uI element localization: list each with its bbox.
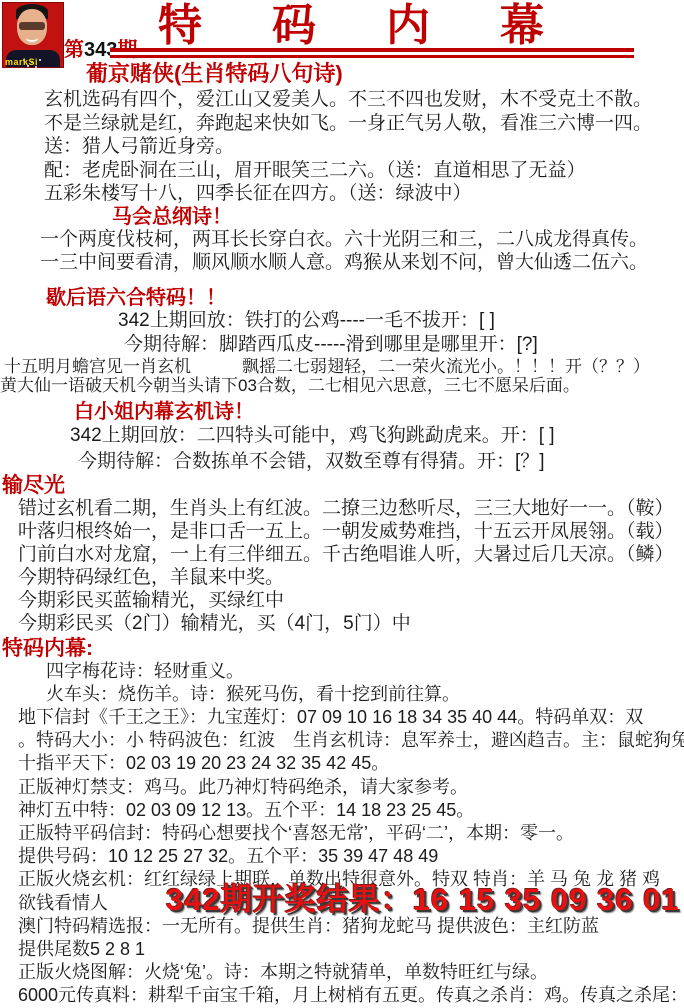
riddle-line: 黄大仙一语破天机今朝当头请下03合数，二七相见六思意，三七不愿呆后面。 <box>0 376 684 395</box>
riddle-line: 十五明月蟾宫见一肖玄机 飘摇二七弱翅轻，二一荣火流光小。！！！开（？？） <box>0 357 684 376</box>
riddle-line: 今期待解：脚踏西瓜皮-----滑到哪里是哪里开：[?] <box>0 333 684 357</box>
tip-line: 地下信封《千王之王》：九宝莲灯：07 09 10 16 18 34 35 40 … <box>0 706 684 729</box>
tip-line: 6000元传真料：耕犁千亩宝千箱，月上树梢有五更。传真之杀肖：鸡。传真之杀尾：1 <box>0 984 684 1007</box>
section-shujinguang: 输尽光 错过玄机看二期，生肖头上有红波。二撩三边愁听尽，三三大地好一一。（鞍） … <box>0 475 684 635</box>
section-header: 葡京赌侠(生肖特码八句诗) <box>86 60 684 88</box>
poem-line: 送：猎人弓箭近身旁。 <box>0 135 684 159</box>
photo-caption: markSi <box>5 57 38 67</box>
poem-line: 玄机选码有四个，爱江山又爱美人。不三不四也发财，木不受克土不散。 <box>0 88 684 112</box>
tip-line: 火车头：烧伤羊。诗：猴死马伤，看十挖到前往算。 <box>0 683 684 706</box>
section-pujing: 葡京赌侠(生肖特码八句诗) 玄机选码有四个，爱江山又爱美人。不三不四也发财，木不… <box>0 60 684 206</box>
section-header: 歇后语六合特码！！ <box>46 287 684 309</box>
tip-line: 神灯五中特：02 03 09 12 13。五个平：14 18 23 25 45。 <box>0 799 684 822</box>
tip-line: 正版特平码信封：特码心想要找个‘喜怒无常’，平码‘二’，本期：零一。 <box>0 822 684 845</box>
riddle-line: 342上期回放：铁打的公鸡----一毛不拔开：[ ] <box>0 309 684 333</box>
sunglasses-icon <box>19 22 45 30</box>
section-header: 特码内幕: <box>2 638 684 660</box>
draw-result-banner: 342期开奖结果：16 15 35 09 36 01 T 37 <box>166 874 684 919</box>
tip-line: 十指平天下：02 03 19 20 23 24 32 35 42 45。 <box>0 752 684 775</box>
poem-line: 门前白水对龙窟，一上有三伴细五。千古绝唱谁人听，大暑过后几天凉。（鳞） <box>0 543 684 566</box>
section-header: 白小姐内幕玄机诗！ <box>74 401 684 423</box>
tip-line: 。特码大小：小 特码波色：红波 生肖玄机诗：息军养士，避凶趋吉。主：鼠蛇狗兔羊。 <box>0 729 684 752</box>
poem-line: 叶落归根终始一，是非口舌一五上。一朝发威势难挡，十五云开凤展翎。（载） <box>0 520 684 543</box>
poem-line: 今期待解：合数拣单不会错，双数至尊有得猜。开：[？] <box>0 449 684 475</box>
masthead: markSi 特码内幕 第343期 <box>0 0 684 60</box>
publisher-photo: markSi <box>2 2 64 68</box>
lottery-tip-sheet: markSi 特码内幕 第343期 葡京赌侠(生肖特码八句诗) 玄机选码有四个，… <box>0 0 684 1008</box>
tip-line: 提供号码：10 12 25 27 32。五个平：35 39 47 48 49 <box>0 845 684 868</box>
tip-line: 今期特码绿红色，羊鼠来中奖。 <box>0 566 684 589</box>
tip-line: 提供尾数5 2 8 1 <box>0 938 684 961</box>
section-header: 马会总纲诗！ <box>112 206 684 228</box>
poem-line: 一三中间要看清，顺风顺水顺人意。鸡猴从来划不问，曾大仙透二伍六。 <box>0 251 684 275</box>
poem-line: 一个两度伐枝柯，两耳长长穿白衣。六十光阴三和三，二八成龙得真传。 <box>0 228 684 252</box>
photo-smile <box>26 34 38 42</box>
section-baixiaojie: 白小姐内幕玄机诗！ 342上期回放：二四特头可能中，鸡飞狗跳勐虎来。开：[ ] … <box>0 401 684 475</box>
poem-line: 不是兰绿就是红，奔跑起来快如飞。一身正气另人敬，看准三六博一四。 <box>0 112 684 136</box>
section-header: 输尽光 <box>2 475 684 497</box>
issue-prefix: 第 <box>64 39 84 61</box>
tip-line: 今期彩民买（2门）输精光，买（4门，5门）中 <box>0 612 684 635</box>
poem-line: 错过玄机看二期，生肖头上有红波。二撩三边愁听尽，三三大地好一一。（鞍） <box>0 497 684 520</box>
tip-line: 四字梅花诗：轻财重义。 <box>0 660 684 683</box>
page-title: 特码内幕 <box>158 2 614 50</box>
tip-line: 今期彩民买蓝输精光，买绿红中 <box>0 589 684 612</box>
poem-line: 五彩朱楼写十八，四季长征在四方。（送：绿波中） <box>0 182 684 206</box>
tip-line: 正版神灯禁支：鸡马。此乃神灯特码绝杀，请大家参考。 <box>0 776 684 799</box>
section-temaneimu: 特码内幕: 四字梅花诗：轻财重义。 火车头：烧伤羊。诗：猴死马伤，看十挖到前往算… <box>0 638 684 1008</box>
section-xiehouyu: 歇后语六合特码！！ 342上期回放：铁打的公鸡----一毛不拔开：[ ] 今期待… <box>0 287 684 395</box>
poem-line: 342上期回放：二四特头可能中，鸡飞狗跳勐虎来。开：[ ] <box>0 423 684 449</box>
tip-line: 正版火烧图解：火烧‘兔’。诗：本期之特就猜单，单数特旺红与绿。 <box>0 961 684 984</box>
section-mahui: 马会总纲诗！ 一个两度伐枝柯，两耳长长穿白衣。六十光阴三和三，二八成龙得真传。 … <box>0 206 684 275</box>
poem-line: 配：老虎卧洞在三山，眉开眼笑三二六。（送：直道相思了无益） <box>0 159 684 183</box>
